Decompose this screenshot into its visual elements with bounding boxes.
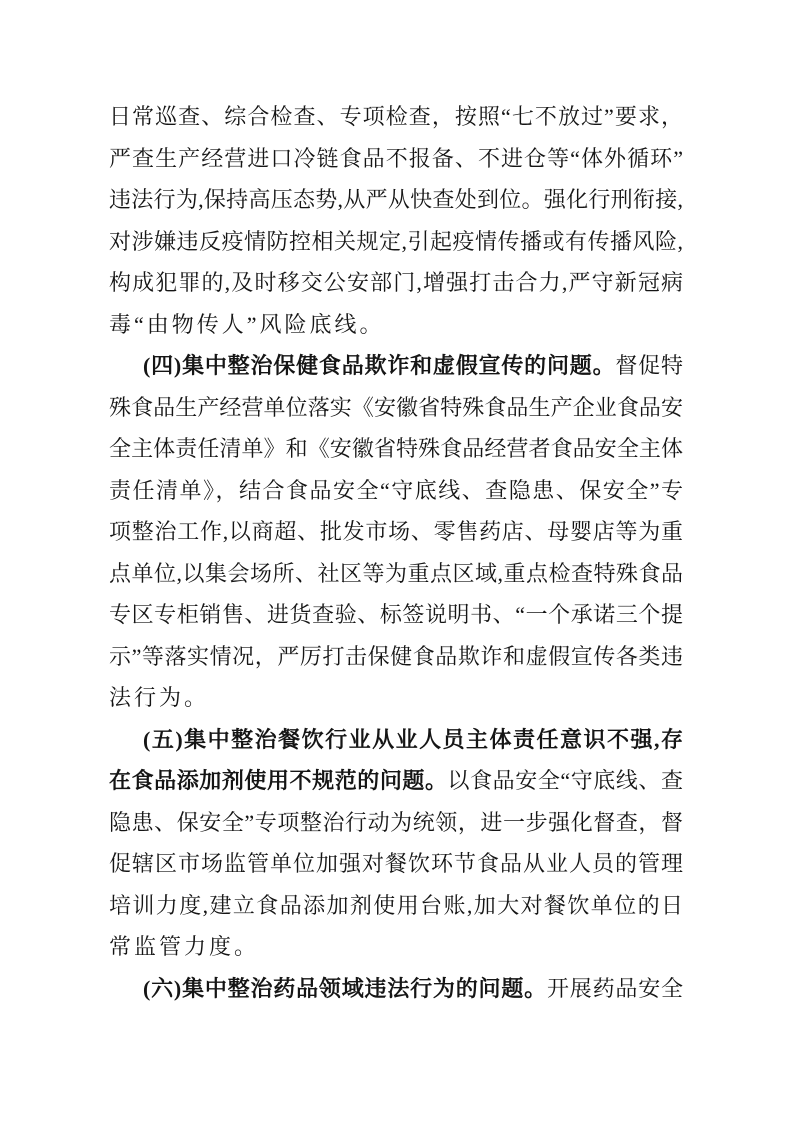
regular-segment: 全主体责任清单》和《安徽省特殊食品经营者食品安全主体 [109,436,683,461]
text-line: 严查生产经营进口冷链食品不报备、不进仓等“体外循环” [109,138,683,180]
regular-segment: 促辖区市场监管单位加强对餐饮环节食品从业人员的管理 [109,851,683,876]
regular-segment: 责任清单》，结合食品安全“守底线、查隐患、保安全”专 [109,478,683,503]
regular-segment: 开展药品安全 [547,976,683,1001]
regular-segment: 以食品安全“守底线、查 [448,768,683,793]
regular-segment: 常监管力度。 [109,934,259,959]
text-line: 隐患、保安全”专项整治行动为统领，进一步强化督查，督 [109,802,683,844]
regular-segment: 严查生产经营进口冷链食品不报备、不进仓等“体外循环” [109,146,683,171]
regular-segment: 构成犯罪的,及时移交公安部门,增强打击合力,严守新冠病 [109,270,683,295]
regular-segment: 殊食品生产经营单位落实《安徽省特殊食品生产企业食品安 [109,395,683,420]
text-line: 法行为。 [109,677,683,719]
text-line: 毒“由物传人”风险底线。 [109,304,683,346]
regular-segment: 点单位,以集会场所、社区等为重点区域,重点检查特殊食品 [109,561,683,586]
text-line: 日常巡查、综合检查、专项检查，按照“七不放过”要求， [109,96,683,138]
regular-segment: 毒“由物传人”风险底线。 [109,312,385,337]
text-line: 责任清单》，结合食品安全“守底线、查隐患、保安全”专 [109,470,683,512]
text-line: 全主体责任清单》和《安徽省特殊食品经营者食品安全主体 [109,428,683,470]
regular-segment: 违法行为,保持高压态势,从严从快查处到位。强化行刑衔接, [109,187,683,212]
regular-segment: 日常巡查、综合检查、专项检查，按照“七不放过”要求， [109,104,683,129]
text-line: 殊食品生产经营单位落实《安徽省特殊食品生产企业食品安 [109,387,683,429]
regular-segment: 示”等落实情况，严厉打击保健食品欺诈和虚假宣传各类违 [109,644,683,669]
regular-segment: 督促特 [615,353,683,378]
text-line: 示”等落实情况，严厉打击保健食品欺诈和虚假宣传各类违 [109,636,683,678]
text-line: 点单位,以集会场所、社区等为重点区域,重点检查特殊食品 [109,553,683,595]
text-line: 对涉嫌违反疫情防控相关规定,引起疫情传播或有传播风险, [109,221,683,263]
document-page: 日常巡查、综合检查、专项检查，按照“七不放过”要求， 严查生产经营进口冷链食品不… [0,0,793,1122]
bold-segment: 在食品添加剂使用不规范的问题。 [109,768,448,793]
text-line: 违法行为,保持高压态势,从严从快查处到位。强化行刑衔接, [109,179,683,221]
bold-segment: (四)集中整治保健食品欺诈和虚假宣传的问题。 [143,353,615,378]
regular-segment: 专区专柜销售、进货查验、标签说明书、“一个承诺三个提 [109,602,683,627]
regular-segment: 对涉嫌违反疫情防控相关规定,引起疫情传播或有传播风险, [109,229,683,254]
text-line: 促辖区市场监管单位加强对餐饮环节食品从业人员的管理 [109,843,683,885]
document-body: 日常巡查、综合检查、专项检查，按照“七不放过”要求， 严查生产经营进口冷链食品不… [109,96,683,1009]
regular-segment: 法行为。 [109,685,209,710]
bold-segment: (五)集中整治餐饮行业从业人员主体责任意识不强,存 [143,727,683,752]
text-line-section-4-heading: (四)集中整治保健食品欺诈和虚假宣传的问题。督促特 [109,345,683,387]
regular-segment: 培训力度,建立食品添加剂使用台账,加大对餐饮单位的日 [109,893,683,918]
text-line-section-6-heading: (六)集中整治药品领域违法行为的问题。开展药品安全 [109,968,683,1010]
text-line: 项整治工作,以商超、批发市场、零售药店、母婴店等为重 [109,511,683,553]
text-line: 培训力度,建立食品添加剂使用台账,加大对餐饮单位的日 [109,885,683,927]
text-line: 专区专柜销售、进货查验、标签说明书、“一个承诺三个提 [109,594,683,636]
regular-segment: 隐患、保安全”专项整治行动为统领，进一步强化督查，督 [109,810,683,835]
bold-segment: (六)集中整治药品领域违法行为的问题。 [143,976,547,1001]
text-line-section-5-heading: (五)集中整治餐饮行业从业人员主体责任意识不强,存 [109,719,683,761]
text-line: 在食品添加剂使用不规范的问题。以食品安全“守底线、查 [109,760,683,802]
regular-segment: 项整治工作,以商超、批发市场、零售药店、母婴店等为重 [109,519,683,544]
text-line: 构成犯罪的,及时移交公安部门,增强打击合力,严守新冠病 [109,262,683,304]
text-line: 常监管力度。 [109,926,683,968]
